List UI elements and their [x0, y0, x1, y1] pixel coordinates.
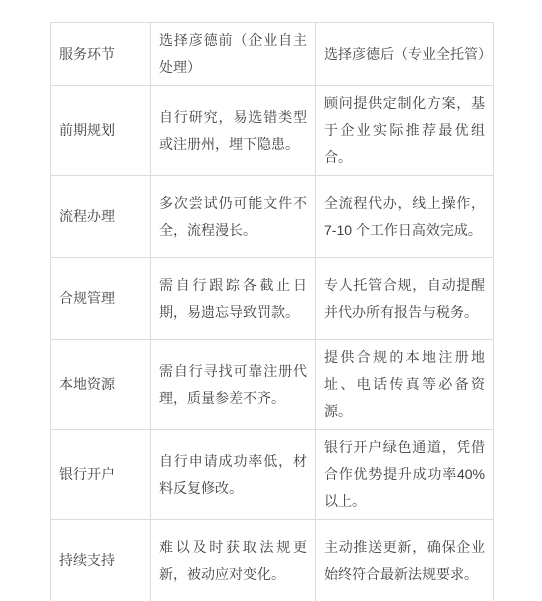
table-row-local-resources: 本地资源 需自行寻找可靠注册代理，质量参差不齐。 提供合规的本地注册地址、电话传…	[51, 340, 494, 430]
after-cell: 银行开户绿色通道，凭借合作优势提升成功率40%以上。	[316, 430, 494, 520]
table-row-compliance-management: 合规管理 需自行跟踪各截止日期，易遗忘导致罚款。 专人托管合规，自动提醒并代办所…	[51, 258, 494, 340]
column-header-stage: 服务环节	[51, 23, 151, 86]
before-cell: 多次尝试仍可能文件不全，流程漫长。	[151, 176, 316, 258]
stage-cell: 本地资源	[51, 340, 151, 430]
before-cell: 难以及时获取法规更新，被动应对变化。	[151, 520, 316, 601]
table-row-process-handling: 流程办理 多次尝试仍可能文件不全，流程漫长。 全流程代办，线上操作，7-10 个…	[51, 176, 494, 258]
page: 服务环节 选择彦德前（企业自主处理） 选择彦德后（专业全托管） 前期规划 自行研…	[0, 0, 542, 601]
stage-cell: 银行开户	[51, 430, 151, 520]
after-cell: 顾问提供定制化方案，基于企业实际推荐最优组合。	[316, 86, 494, 176]
table-row-early-planning: 前期规划 自行研究，易选错类型或注册州，埋下隐患。 顾问提供定制化方案，基于企业…	[51, 86, 494, 176]
after-cell: 主动推送更新，确保企业始终符合最新法规要求。	[316, 520, 494, 601]
after-cell: 全流程代办，线上操作，7-10 个工作日高效完成。	[316, 176, 494, 258]
column-header-before: 选择彦德前（企业自主处理）	[151, 23, 316, 86]
service-comparison-table: 服务环节 选择彦德前（企业自主处理） 选择彦德后（专业全托管） 前期规划 自行研…	[50, 22, 494, 601]
table-row-ongoing-support: 持续支持 难以及时获取法规更新，被动应对变化。 主动推送更新，确保企业始终符合最…	[51, 520, 494, 601]
before-cell: 需自行跟踪各截止日期，易遗忘导致罚款。	[151, 258, 316, 340]
after-cell: 提供合规的本地注册地址、电话传真等必备资源。	[316, 340, 494, 430]
column-header-after: 选择彦德后（专业全托管）	[316, 23, 494, 86]
stage-cell: 前期规划	[51, 86, 151, 176]
after-cell: 专人托管合规，自动提醒并代办所有报告与税务。	[316, 258, 494, 340]
before-cell: 自行申请成功率低，材料反复修改。	[151, 430, 316, 520]
before-cell: 需自行寻找可靠注册代理，质量参差不齐。	[151, 340, 316, 430]
before-cell: 自行研究，易选错类型或注册州，埋下隐患。	[151, 86, 316, 176]
table-row-bank-account-opening: 银行开户 自行申请成功率低，材料反复修改。 银行开户绿色通道，凭借合作优势提升成…	[51, 430, 494, 520]
stage-cell: 合规管理	[51, 258, 151, 340]
stage-cell: 流程办理	[51, 176, 151, 258]
table-header-row: 服务环节 选择彦德前（企业自主处理） 选择彦德后（专业全托管）	[51, 23, 494, 86]
stage-cell: 持续支持	[51, 520, 151, 601]
